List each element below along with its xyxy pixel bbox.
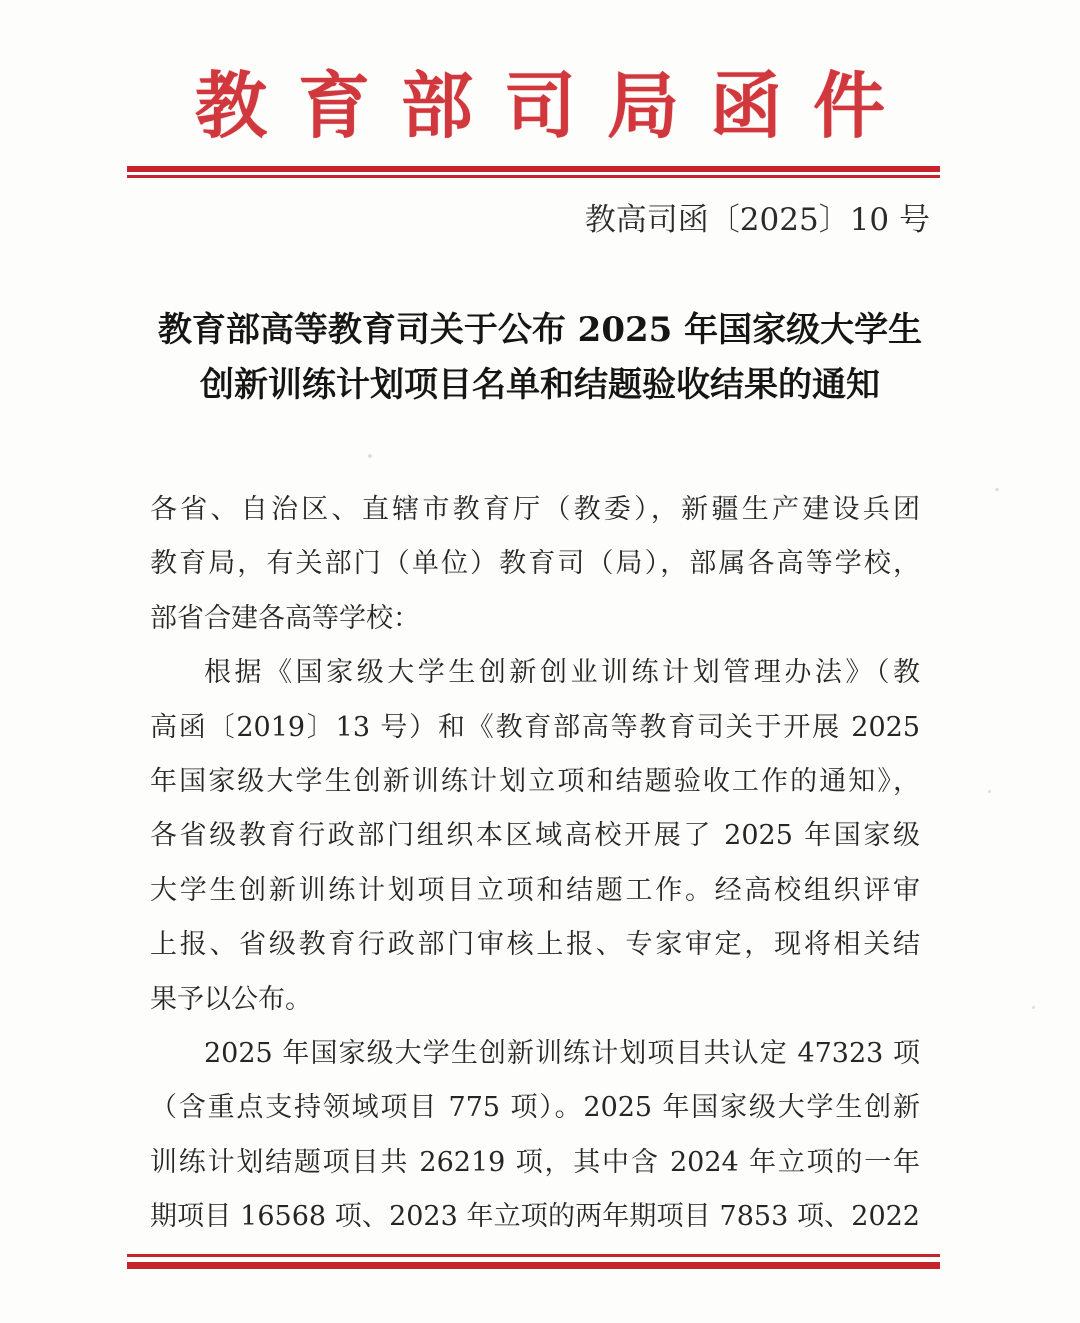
official-letter-page: 教育部司局函件 教高司函〔2025〕10 号 教育部高等教育司关于公布 2025…: [0, 0, 1080, 1323]
top-rule-thin: [127, 175, 940, 178]
body-line: 年国家级大学生创新训练计划立项和结题验收工作的通知》，: [150, 755, 920, 809]
body-line: 各省、自治区、直辖市教育厅（教委），新疆生产建设兵团: [150, 483, 920, 537]
scan-speck: [995, 488, 999, 491]
letterhead-title: 教育部司局函件: [0, 54, 1080, 158]
scan-speck: [368, 454, 372, 458]
body-line: 上报、省级教育行政部门审核上报、专家审定，现将相关结: [150, 918, 920, 972]
body-line: （含重点支持领域项目 775 项）。2025 年国家级大学生创新: [150, 1081, 920, 1135]
body-line: 高函〔2019〕13 号）和《教育部高等教育司关于开展 2025: [150, 701, 920, 755]
letter-body: 各省、自治区、直辖市教育厅（教委），新疆生产建设兵团 教育局，有关部门（单位）教…: [150, 483, 920, 1245]
body-line: 期项目 16568 项、2023 年立项的两年期项目 7853 项、2022: [150, 1190, 920, 1244]
body-line: 部省合建各高等学校：: [150, 592, 920, 646]
notice-title-line-2: 创新训练计划项目名单和结题验收结果的通知: [0, 358, 1080, 413]
bottom-rule-thick: [127, 1262, 940, 1269]
notice-title: 教育部高等教育司关于公布 2025 年国家级大学生 创新训练计划项目名单和结题验…: [0, 303, 1080, 413]
body-line: 各省级教育行政部门组织本区域高校开展了 2025 年国家级: [150, 809, 920, 863]
notice-title-line-1: 教育部高等教育司关于公布 2025 年国家级大学生: [0, 303, 1080, 358]
body-line: 2025 年国家级大学生创新训练计划项目共认定 47323 项: [150, 1027, 920, 1081]
body-line: 训练计划结题项目共 26219 项，其中含 2024 年立项的一年: [150, 1136, 920, 1190]
document-number: 教高司函〔2025〕10 号: [585, 196, 930, 244]
body-line: 根据《国家级大学生创新创业训练计划管理办法》（教: [150, 646, 920, 700]
scan-speck: [988, 790, 991, 793]
scan-speck: [1032, 1006, 1035, 1009]
bottom-rule-thin: [127, 1254, 940, 1257]
body-line: 果予以公布。: [150, 973, 920, 1027]
body-line: 教育局，有关部门（单位）教育司（局），部属各高等学校，: [150, 537, 920, 591]
body-line: 大学生创新训练计划项目立项和结题工作。经高校组织评审: [150, 864, 920, 918]
top-rule-thick: [127, 166, 940, 172]
